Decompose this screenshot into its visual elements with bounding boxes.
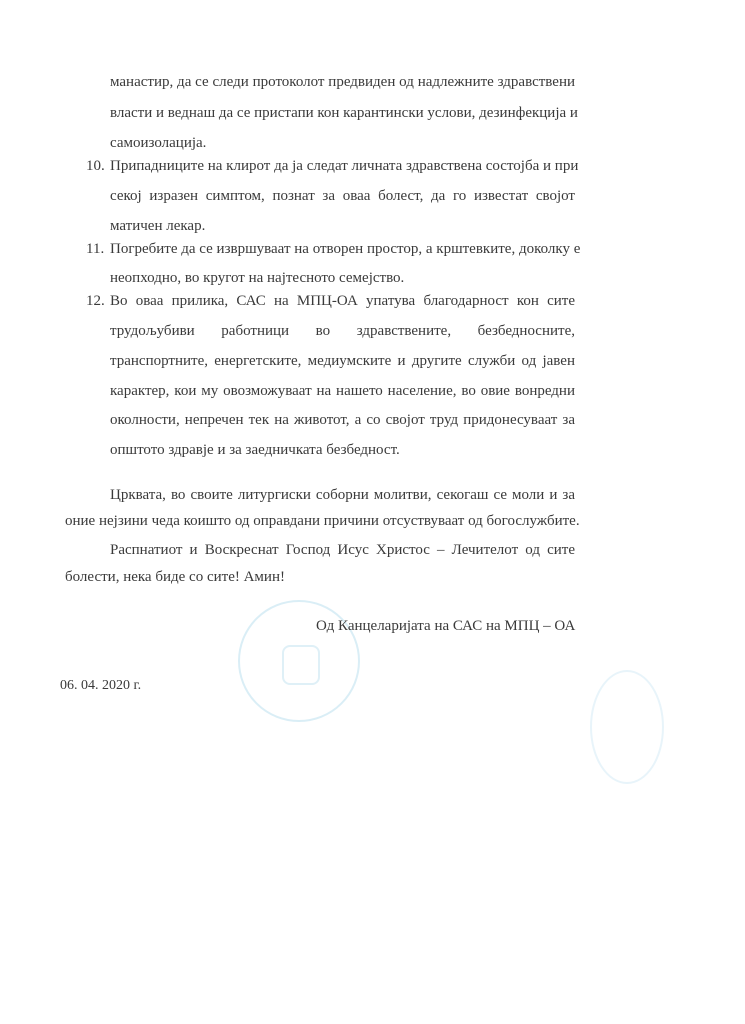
- faint-stamp-mark: [590, 670, 664, 784]
- list-item-line: матичен лекар.: [110, 217, 205, 235]
- paragraph-line: болести, нека биде со сите! Амин!: [65, 568, 285, 586]
- list-item-number: 11.: [86, 240, 104, 258]
- paragraph-line: Распнатиот и Воскреснат Господ Исус Хрис…: [110, 541, 575, 559]
- list-item-line: неопходно, во кругот на најтесното семеј…: [110, 269, 404, 287]
- paragraph-line: оние нејзини чеда коишто од оправдани пр…: [65, 512, 575, 530]
- list-item-line: карактер, кои му овозможуваат на нашето …: [110, 382, 575, 400]
- signature: Од Канцеларијата на САС на МПЦ – ОА: [316, 617, 575, 635]
- list-item-line: околности, непречен тек на животот, а со…: [110, 411, 575, 429]
- list-item-line: трудољубиви работници во здравствените, …: [110, 322, 575, 340]
- list-item-number: 12.: [86, 292, 105, 310]
- document-date: 06. 04. 2020 г.: [60, 677, 141, 695]
- list-item-line: Во оваа прилика, САС на МПЦ-ОА упатува б…: [110, 292, 575, 310]
- list-item-line: секој изразен симптом, познат за оваа бо…: [110, 187, 575, 205]
- list-item-line: Погребите да се извршуваат на отворен пр…: [110, 240, 575, 258]
- paragraph-line: власти и веднаш да се пристапи кон каран…: [110, 104, 575, 122]
- paragraph-line: Црквата, во своите литургиски соборни мо…: [110, 486, 575, 504]
- list-item-number: 10.: [86, 157, 105, 175]
- list-item-line: Припадниците на клирот да ја следат личн…: [110, 157, 575, 175]
- paragraph-line: манастир, да се следи протоколот предвид…: [110, 73, 575, 91]
- paragraph-line: самоизолација.: [110, 134, 206, 152]
- list-item-line: транспортните, енергетските, медиумските…: [110, 352, 575, 370]
- list-item-line: општото здравје и за заедничката безбедн…: [110, 441, 400, 459]
- stamp-emblem: [282, 645, 320, 685]
